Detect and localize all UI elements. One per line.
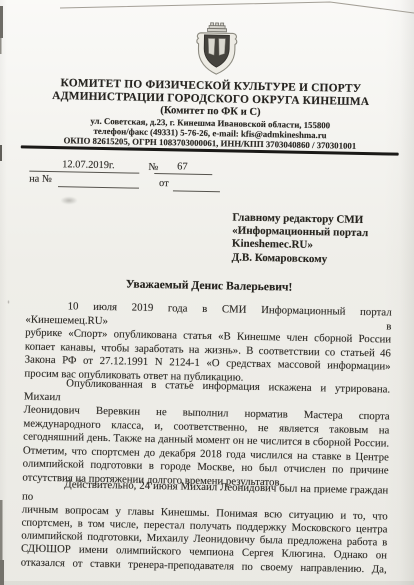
reply-to-label: на № <box>29 174 52 185</box>
letter-content: КОМИТЕТ ПО ФИЗИЧЕСКОЙ КУЛЬТУРЕ И СПОРТУ … <box>0 0 414 585</box>
kineshma-coat-of-arms-icon <box>191 22 242 77</box>
scanned-letter-page: КОМИТЕТ ПО ФИЗИЧЕСКОЙ КУЛЬТУРЕ И СПОРТУ … <box>0 0 414 585</box>
paragraph-3: Действительно, 24 июня Михаил Леонидович… <box>21 477 389 576</box>
paragraph-2: Опубликованная в статье информация искаж… <box>22 377 390 492</box>
letter-number: 67 <box>154 161 210 173</box>
reply-to-underline <box>58 186 139 189</box>
letter-date: 12.07.2019г. <box>38 159 138 172</box>
reply-from-label: от <box>159 178 169 189</box>
paragraph-1: 10 июля 2019 года в СМИ Информационный п… <box>24 300 391 388</box>
salutation: Уважаемый Денис Валерьевич! <box>26 276 392 296</box>
addressee-block: Главному редактору СМИ «Информационный п… <box>232 211 403 267</box>
addressee-line: Д.В. Комаровскому <box>232 251 402 267</box>
pencil-smudge <box>57 195 81 206</box>
scan-speck <box>7 299 10 305</box>
reply-from-underline <box>173 190 220 192</box>
number-underline <box>154 173 212 175</box>
